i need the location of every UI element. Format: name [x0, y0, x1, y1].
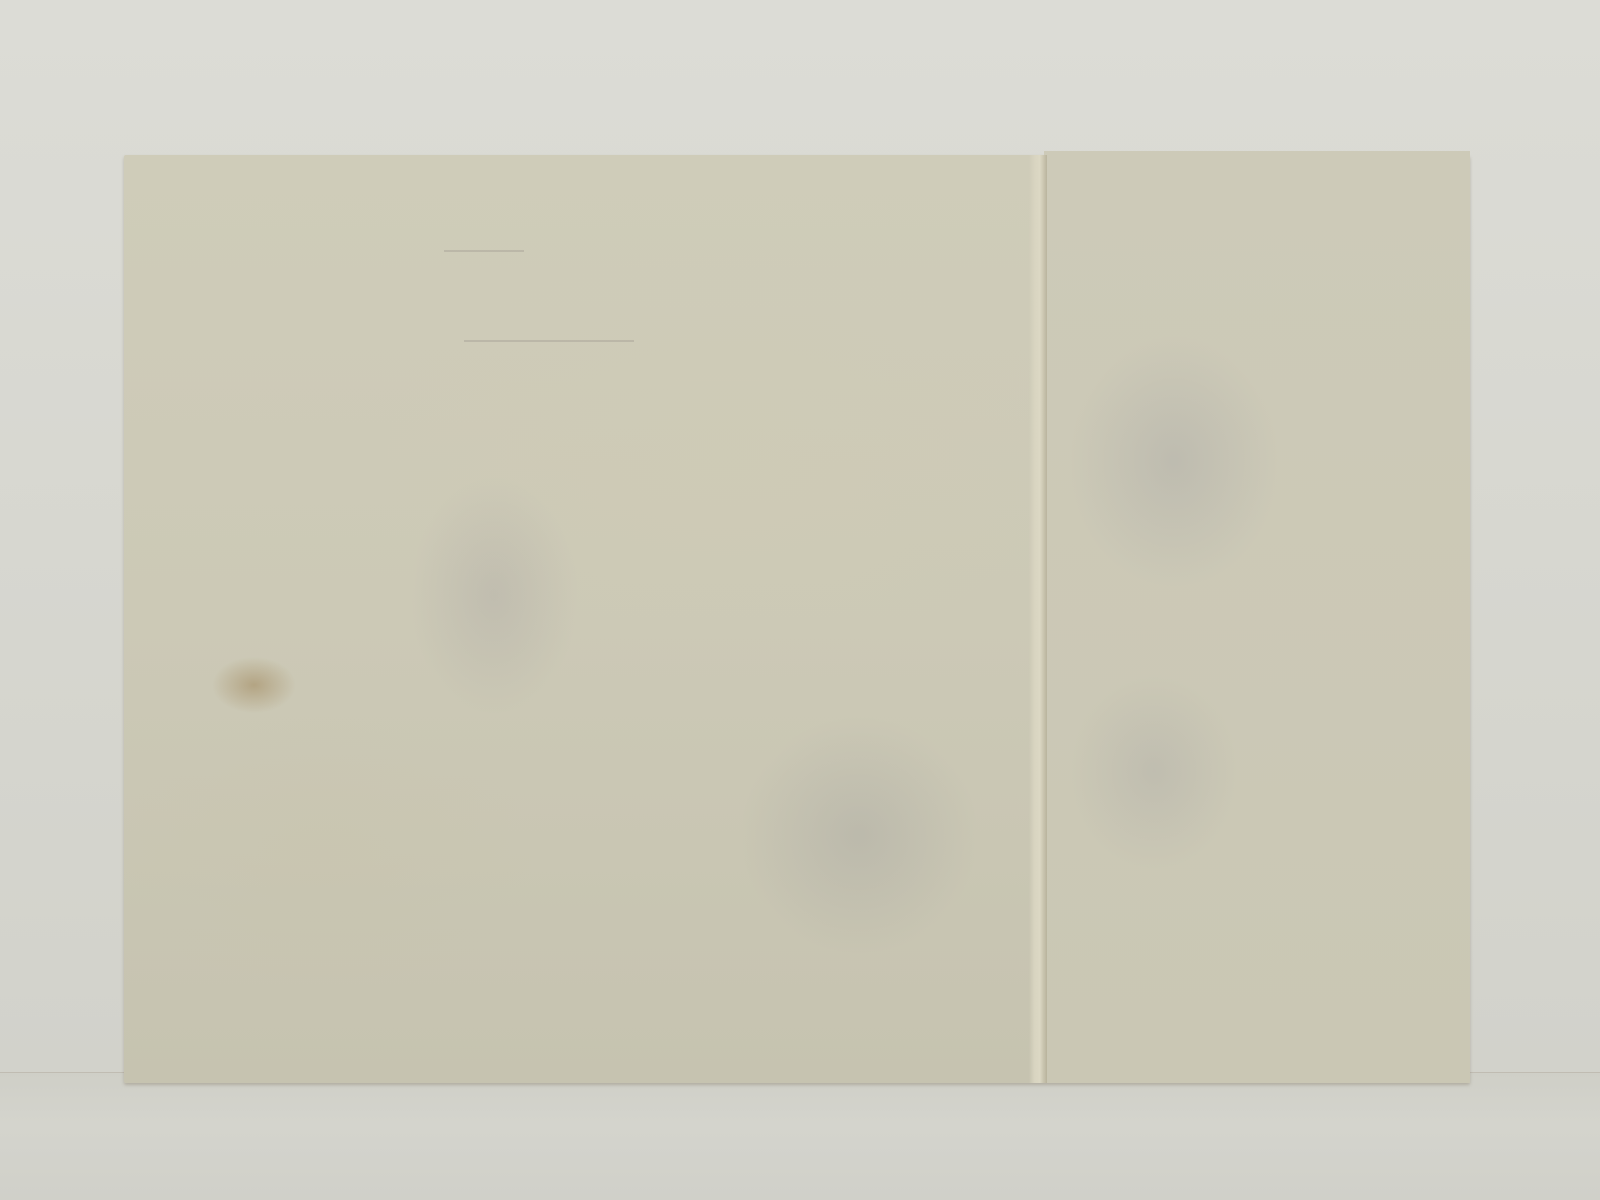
show-through-mark — [444, 250, 524, 252]
table-surface — [0, 1072, 1600, 1200]
paper-print-verso — [124, 155, 1470, 1083]
show-through-mark — [464, 340, 634, 342]
right-paper-panel — [1044, 151, 1470, 1083]
paper-seam — [1029, 155, 1047, 1083]
